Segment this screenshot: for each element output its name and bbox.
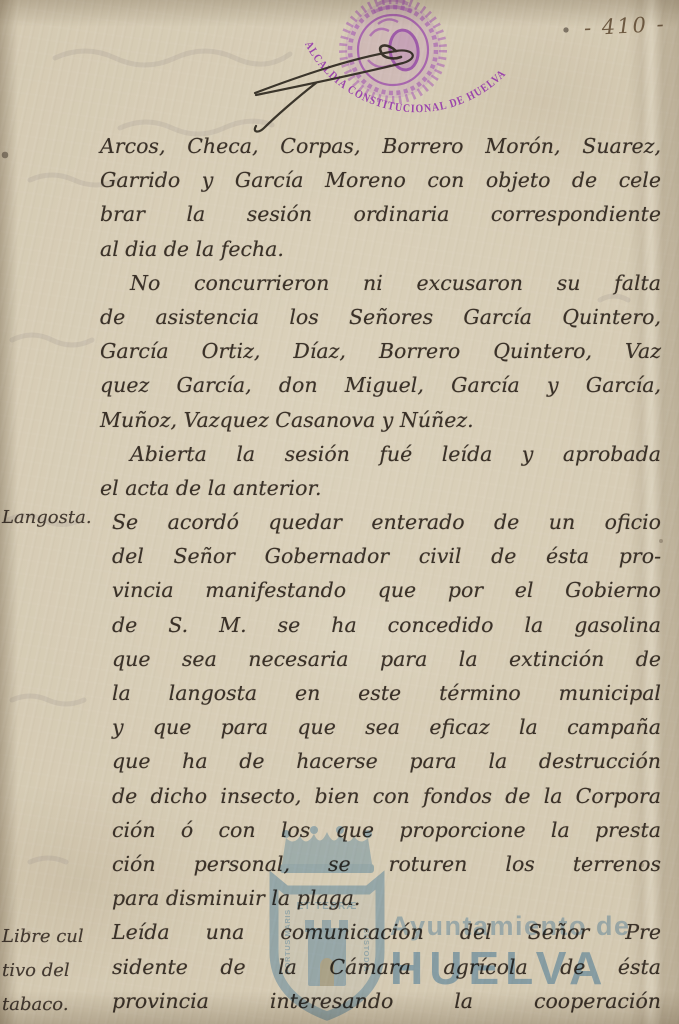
manuscript-line: Abierta la sesión fué leída y aprobada xyxy=(0,442,679,476)
manuscript-line: al dia de la fecha. xyxy=(0,237,679,271)
manuscript-line: quez García, don Miguel, García y García… xyxy=(0,373,679,407)
manuscript-line: ción personal, se roturen los terrenos xyxy=(0,852,679,886)
manuscript-line: de dicho insecto, bien con fondos de la … xyxy=(0,784,679,818)
manuscript-line: que ha de hacerse para la destrucción xyxy=(0,749,679,783)
manuscript-line: ción ó con los que proporcione la presta xyxy=(0,818,679,852)
manuscript-line: del Señor Gobernador civil de ésta pro- xyxy=(0,544,679,578)
pen-flourish-signature xyxy=(0,0,679,220)
manuscript-line: para disminuir la plaga. xyxy=(0,886,679,920)
margin-note-line: Libre cul xyxy=(2,920,102,954)
manuscript-page: - 410 - ALCALDIA CONSTITUCIONAL DE HUELV… xyxy=(0,0,679,1024)
margin-note-line: tabaco. xyxy=(2,988,102,1022)
margin-note-line: tivo del xyxy=(2,954,102,988)
margin-note-line: Langosta. xyxy=(2,501,102,535)
manuscript-line: García Ortiz, Díaz, Borrero Quintero, Va… xyxy=(0,339,679,373)
manuscript-line: y que para que sea eficaz la campaña xyxy=(0,715,679,749)
manuscript-line: de S. M. se ha concedido la gasolina xyxy=(0,613,679,647)
manuscript-line: vincia manifestando que por el Gobierno xyxy=(0,578,679,612)
manuscript-line: No concurrieron ni excusaron su falta xyxy=(0,271,679,305)
manuscript-line: Muñoz, Vazquez Casanova y Núñez. xyxy=(0,408,679,442)
margin-note-langosta: Langosta. xyxy=(2,501,102,535)
margin-note-libre-cultivo-tabaco: Libre cul tivo del tabaco. xyxy=(2,920,102,1022)
manuscript-line: la langosta en este término municipal xyxy=(0,681,679,715)
manuscript-text-block: Arcos, Checa, Corpas, Borrero Morón, Sua… xyxy=(0,134,679,1023)
manuscript-line: que sea necesaria para la extinción de xyxy=(0,647,679,681)
manuscript-line: de asistencia los Señores García Quinter… xyxy=(0,305,679,339)
